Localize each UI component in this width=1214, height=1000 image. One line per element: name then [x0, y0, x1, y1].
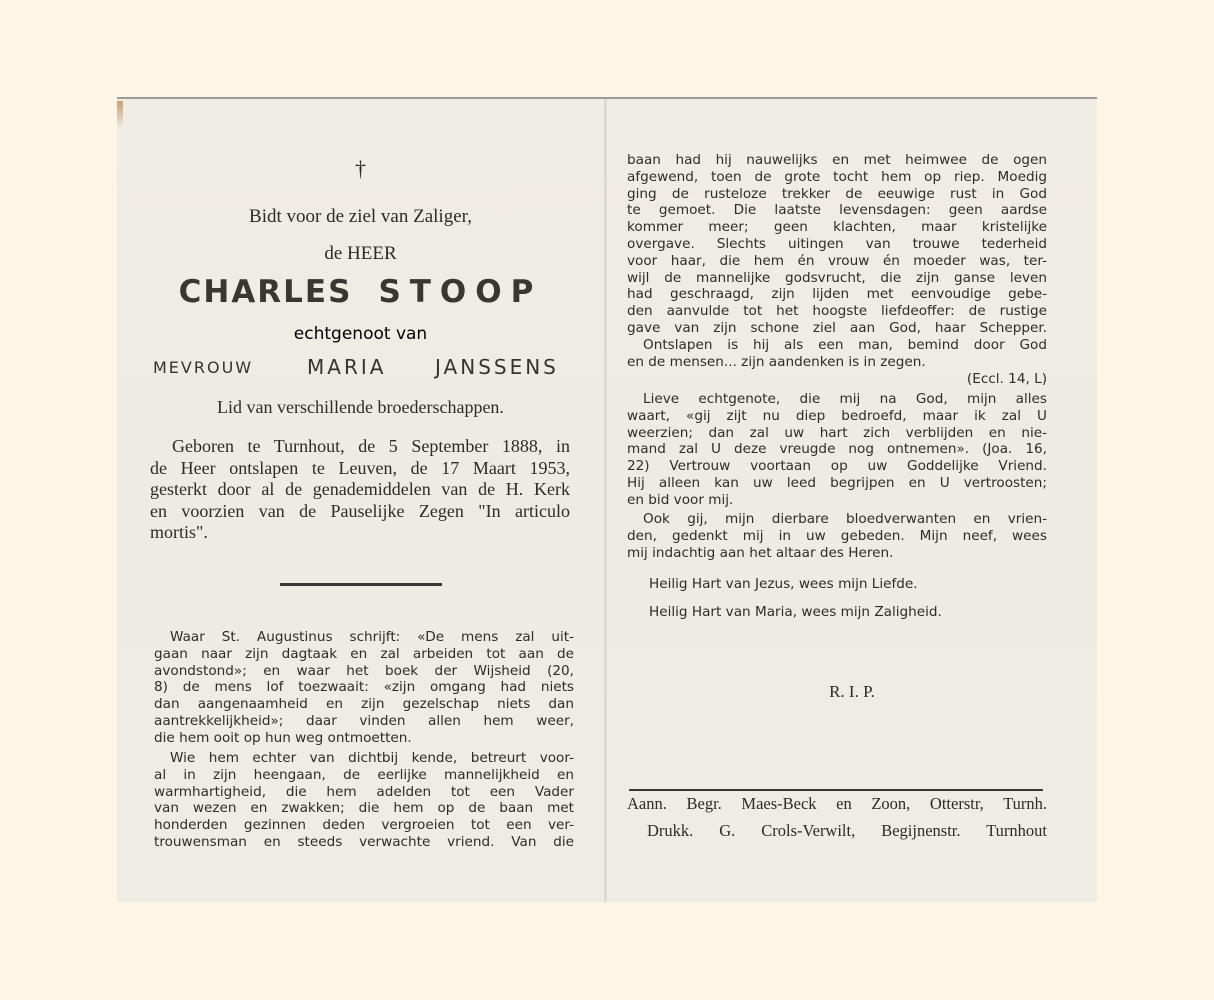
deceased-name: CHARLESSTOOP	[117, 274, 604, 310]
bio-line: de Heer ontslapen te Leuven, de 17 Maart…	[150, 458, 570, 480]
footer-divider	[629, 789, 1043, 791]
biography: Geboren te Turnhout, de 5 September 1888…	[150, 436, 570, 544]
text-line: ging de rusteloze trekker de eeuwige rus…	[627, 186, 1047, 203]
text-line: kommer meer; geen klachten, maar kristel…	[627, 219, 1047, 236]
text-line: den aanvulde tot het hoogste liefdeoffer…	[627, 303, 1047, 320]
text-line: van wezen en zwakken; die hem op de baan…	[154, 800, 574, 817]
right-panel: baan had hij nauwelijks en met heimwee d…	[607, 99, 1097, 902]
divider	[280, 583, 442, 586]
rip: R. I. P.	[607, 682, 1097, 702]
text-line: Ook gij, mijn dierbare bloedverwanten en…	[627, 511, 1047, 528]
text-line: voor haar, die hem én vrouw én moeder wa…	[627, 253, 1047, 270]
text-line: avondstond»; en waar het boek der Wijshe…	[154, 663, 574, 680]
left-panel: † Bidt voor de ziel van Zaliger, de HEER…	[117, 99, 604, 902]
text-line: honderden gezinnen deden vergroeien tot …	[154, 817, 574, 834]
spouse-last-name: JANSSENS	[435, 355, 559, 379]
text-line: wijl de mannelijke godsvrucht, die zijn …	[627, 270, 1047, 287]
first-name: CHARLES	[179, 274, 353, 310]
text-line: had geschraagd, zijn lijden met eenvoudi…	[627, 286, 1047, 303]
text-line: warmhartigheid, die hem adelden tot een …	[154, 784, 574, 801]
bio-line: gesterkt door al de genademiddelen van d…	[150, 479, 570, 501]
text-line: waart, «gij zijt nu diep bedroefd, maar …	[627, 408, 1047, 425]
text-line: Waar St. Augustinus schrijft: «De mens z…	[154, 629, 574, 646]
text-line: aantrekkelijkheid»; daar vinden allen he…	[154, 713, 574, 730]
text-line: en de mensen... zijn aandenken is in zeg…	[627, 354, 1047, 371]
text-line: dan aangenaamheid en zijn gezelschap nie…	[154, 696, 574, 713]
scripture-paragraph: Ontslapen is hij als een man, bemind doo…	[627, 337, 1047, 371]
prayer-jezus: Heilig Hart van Jezus, wees mijn Liefde.	[649, 576, 918, 592]
text-line: die hem ooit op hun weg ontmoetten.	[154, 730, 574, 747]
memorial-card: † Bidt voor de ziel van Zaliger, de HEER…	[117, 97, 1097, 902]
scripture-reference: (Eccl. 14, L)	[627, 371, 1047, 387]
honorific: de HEER	[117, 243, 604, 265]
membership: Lid van verschillende broederschappen.	[117, 397, 604, 418]
bio-line: Geboren te Turnhout, de 5 September 1888…	[150, 436, 570, 458]
augustinus-paragraph: Waar St. Augustinus schrijft: «De mens z…	[154, 629, 574, 747]
continuation-paragraph: baan had hij nauwelijks en met heimwee d…	[627, 152, 1047, 337]
spouse-first-name: MARIA	[307, 355, 386, 379]
tribute-paragraph: Wie hem echter van dichtbij kende, betre…	[154, 750, 574, 851]
bio-line: mortis".	[150, 522, 570, 544]
text-line: afgewend, toen de grote tocht hem op rie…	[627, 169, 1047, 186]
cross-icon: †	[117, 156, 604, 182]
text-line: te gemoet. Die laatste levensdagen: geen…	[627, 202, 1047, 219]
text-line: mij indachtig aan het altaar des Heren.	[627, 545, 1047, 562]
text-line: gaan naar zijn dagtaak en zal arbeiden t…	[154, 646, 574, 663]
spouse-message-paragraph: Lieve echtgenote, die mij na God, mijn a…	[627, 391, 1047, 509]
last-name: STOOP	[378, 274, 542, 310]
prayer-maria: Heilig Hart van Maria, wees mijn Zalighe…	[649, 604, 942, 620]
paper-stain	[117, 101, 123, 129]
bio-line: en voorzien van de Pauselijke Zegen "In …	[150, 501, 570, 523]
text-line: Hij alleen kan uw leed begrijpen en U ve…	[627, 475, 1047, 492]
invocation: Bidt voor de ziel van Zaliger,	[117, 206, 604, 228]
text-line: Wie hem echter van dichtbij kende, betre…	[154, 750, 574, 767]
text-line: al in zijn heengaan, de eerlijke manneli…	[154, 767, 574, 784]
text-line: gave van zijn schone ziel aan God, haar …	[627, 320, 1047, 337]
text-line: Ontslapen is hij als een man, bemind doo…	[627, 337, 1047, 354]
text-line: Lieve echtgenote, die mij na God, mijn a…	[627, 391, 1047, 408]
relation: echtgenoot van	[117, 324, 604, 344]
text-line: 22) Vertrouw voortaan op uw Goddelijke V…	[627, 458, 1047, 475]
text-line: trouwensman en steeds verwachte vriend. …	[154, 834, 574, 851]
text-line: mand zal U deze vreugde nog ontnemen». (…	[627, 441, 1047, 458]
printer-credit: Drukk. G. Crols-Verwilt, Begijnenstr. Tu…	[647, 821, 1047, 841]
text-line: en bid voor mij.	[627, 492, 1047, 509]
spouse-title: MEVROUW	[153, 358, 253, 377]
text-line: baan had hij nauwelijks en met heimwee d…	[627, 152, 1047, 169]
text-line: weerzien; dan zal uw hart zich verblijde…	[627, 425, 1047, 442]
text-line: overgave. Slechts uitingen van trouwe te…	[627, 236, 1047, 253]
relatives-paragraph: Ook gij, mijn dierbare bloedverwanten en…	[627, 511, 1047, 561]
text-line: den, gedenkt mij in uw gebeden. Mijn nee…	[627, 528, 1047, 545]
text-line: 8) de mens lof toezwaait: «zijn omgang h…	[154, 679, 574, 696]
undertaker-credit: Aann. Begr. Maes-Beck en Zoon, Otterstr,…	[627, 794, 1047, 814]
